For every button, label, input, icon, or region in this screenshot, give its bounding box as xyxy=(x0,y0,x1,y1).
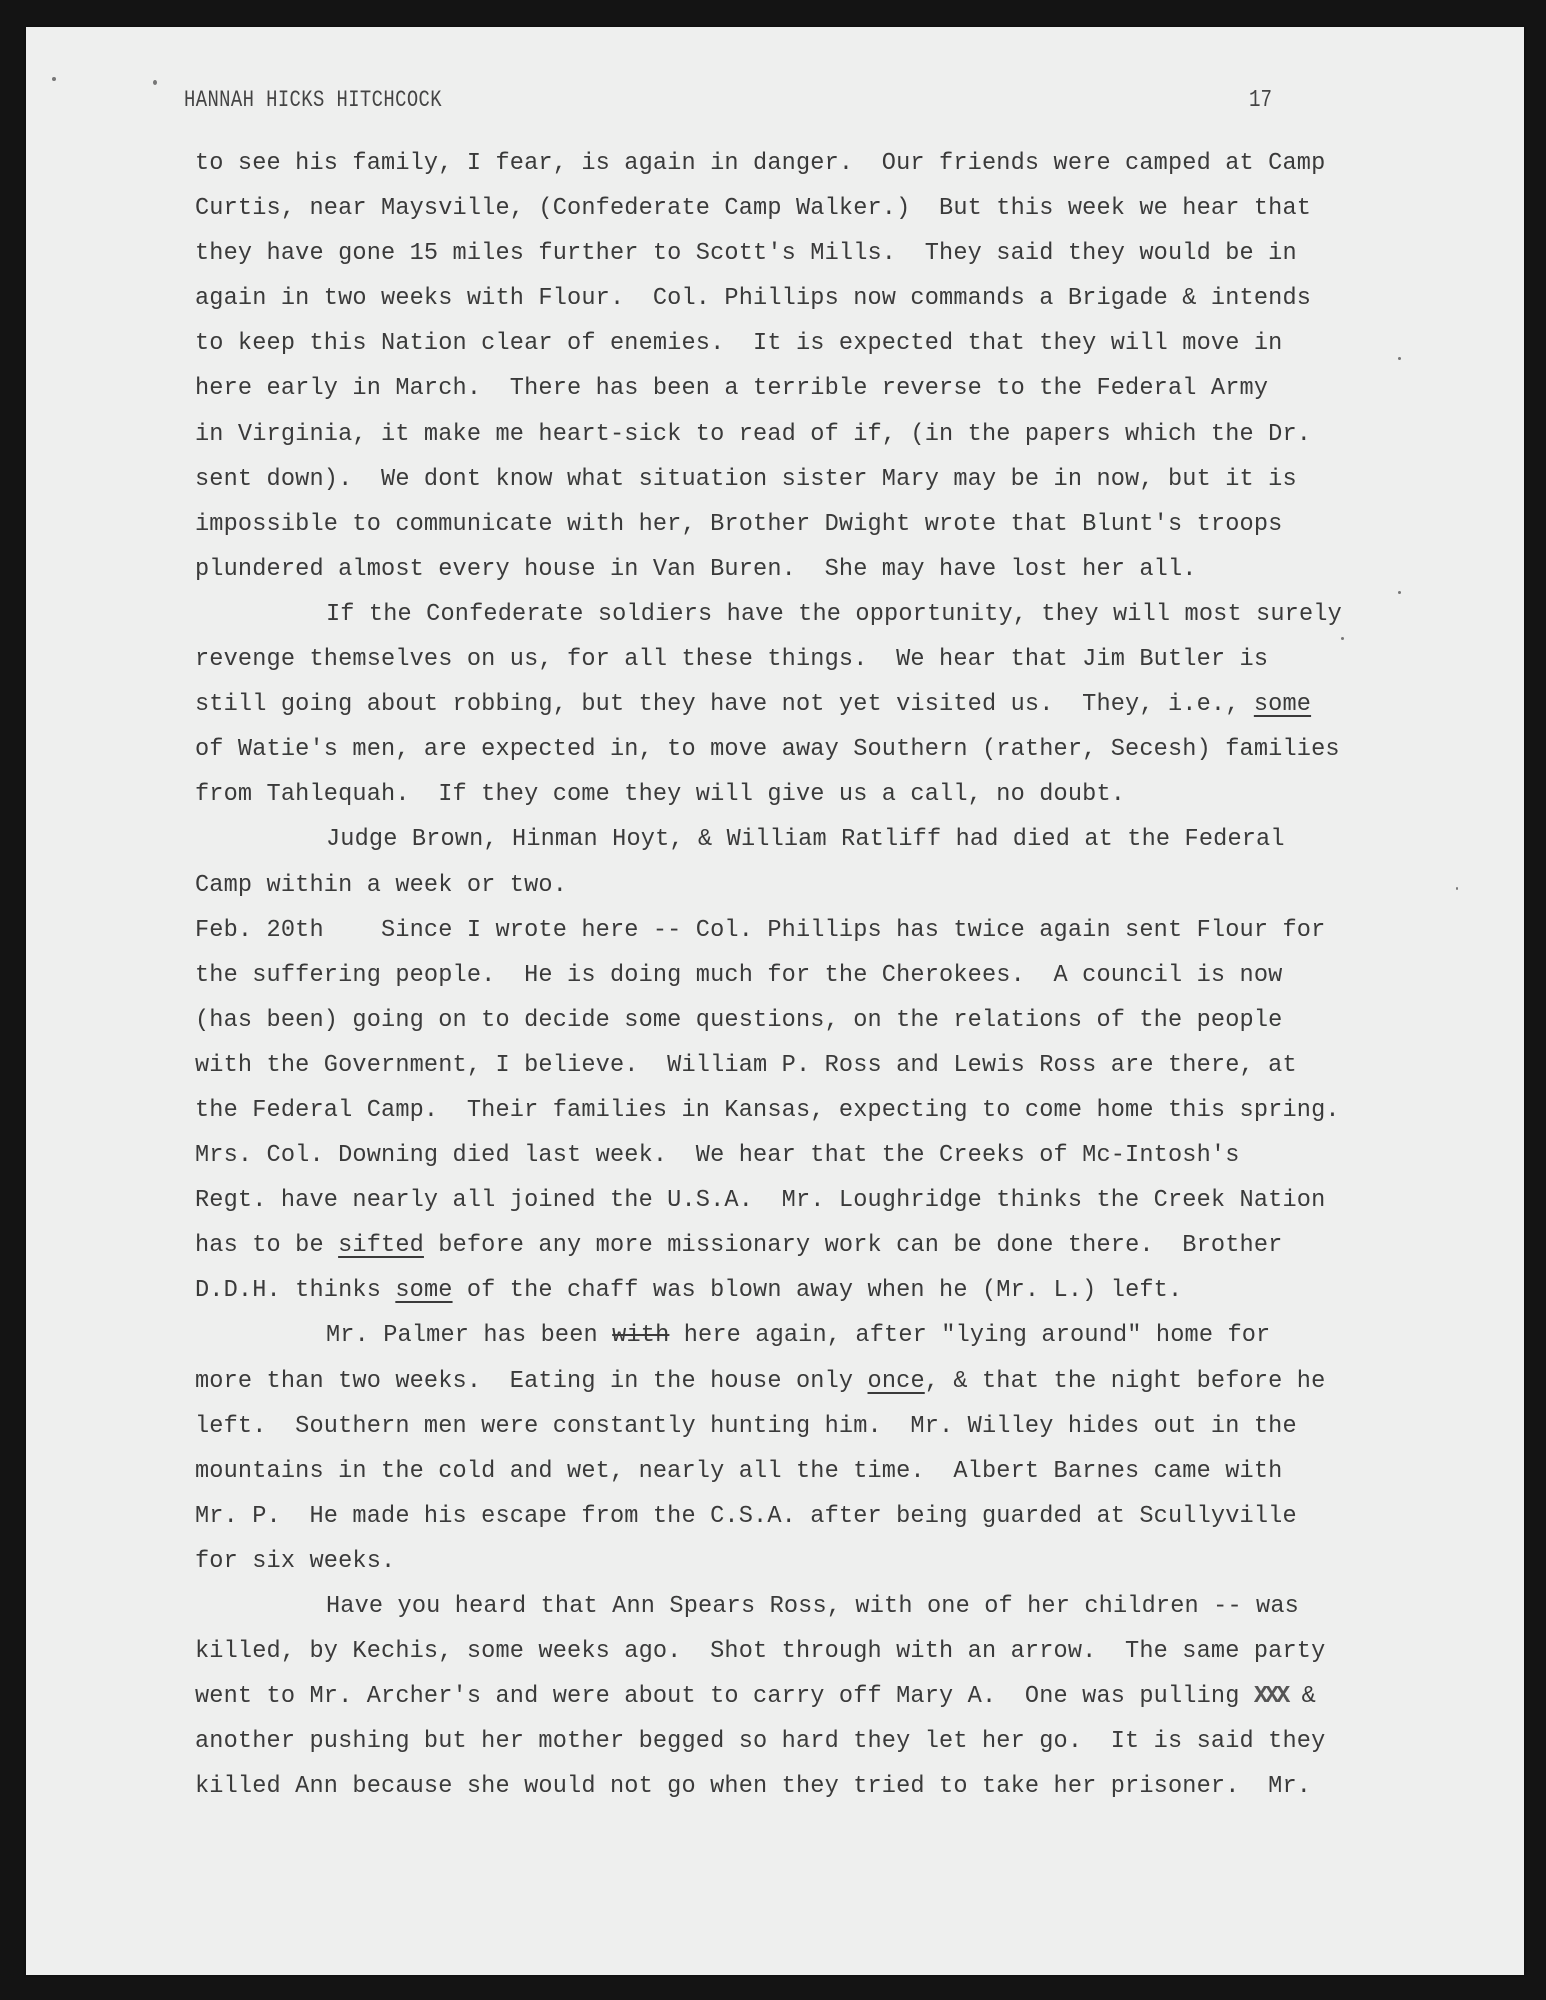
text-run: before any more missionary work can be d… xyxy=(424,1232,1283,1259)
page-number: 17 xyxy=(1249,87,1272,114)
text-run: revenge themselves on us, for all these … xyxy=(195,646,1268,673)
text-run: Mr. Palmer has been xyxy=(326,1322,612,1349)
text-line: mountains in the cold and wet, nearly al… xyxy=(195,1449,1342,1494)
xed-out-word: XXX xyxy=(1254,1683,1287,1710)
text-line: left. Southern men were constantly hunti… xyxy=(195,1404,1342,1449)
text-run: went to Mr. Archer's and were about to c… xyxy=(195,1683,1254,1710)
text-line: the Federal Camp. Their families in Kans… xyxy=(195,1088,1342,1133)
text-line: impossible to communicate with her, Brot… xyxy=(195,502,1342,547)
speck-mark xyxy=(1456,887,1458,890)
text-run: impossible to communicate with her, Brot… xyxy=(195,511,1282,538)
text-run: another pushing but her mother begged so… xyxy=(195,1728,1325,1755)
text-line: for six weeks. xyxy=(195,1539,1342,1584)
text-run: of the chaff was blown away when he (Mr.… xyxy=(453,1277,1183,1304)
text-run: here early in March. There has been a te… xyxy=(195,375,1268,402)
text-line: here early in March. There has been a te… xyxy=(195,366,1342,411)
text-line: from Tahlequah. If they come they will g… xyxy=(195,772,1342,817)
text-line: they have gone 15 miles further to Scott… xyxy=(195,231,1342,276)
text-run: killed Ann because she would not go when… xyxy=(195,1773,1311,1800)
text-line: to see his family, I fear, is again in d… xyxy=(195,141,1342,186)
typewritten-page: HANNAH HICKS HITCHCOCK 17 to see his fam… xyxy=(26,27,1524,1975)
text-run: the Federal Camp. Their families in Kans… xyxy=(195,1097,1340,1124)
text-line: Curtis, near Maysville, (Confederate Cam… xyxy=(195,186,1342,231)
text-run: for six weeks. xyxy=(195,1548,395,1575)
speck-mark xyxy=(1341,637,1344,640)
speck-mark xyxy=(153,80,157,85)
text-line: D.D.H. thinks some of the chaff was blow… xyxy=(195,1268,1342,1313)
speck-mark xyxy=(1398,357,1401,360)
text-run: still going about robbing, but they have… xyxy=(195,691,1254,718)
text-run: to see his family, I fear, is again in d… xyxy=(195,150,1325,177)
text-run: Judge Brown, Hinman Hoyt, & William Ratl… xyxy=(326,826,1285,853)
text-run: of Watie's men, are expected in, to move… xyxy=(195,736,1340,763)
text-line: (has been) going on to decide some quest… xyxy=(195,998,1342,1043)
text-run: mountains in the cold and wet, nearly al… xyxy=(195,1458,1282,1485)
text-line: killed, by Kechis, some weeks ago. Shot … xyxy=(195,1629,1342,1674)
text-run: plundered almost every house in Van Bure… xyxy=(195,556,1197,583)
text-run: in Virginia, it make me heart-sick to re… xyxy=(195,421,1311,448)
text-run: with the Government, I believe. William … xyxy=(195,1052,1297,1079)
text-line: Mr. Palmer has been with here again, aft… xyxy=(195,1313,1342,1358)
text-line: revenge themselves on us, for all these … xyxy=(195,637,1342,682)
text-run: killed, by Kechis, some weeks ago. Shot … xyxy=(195,1638,1325,1665)
text-run: the suffering people. He is doing much f… xyxy=(195,962,1282,989)
text-run: Camp within a week or two. xyxy=(195,872,567,899)
text-line: sent down). We dont know what situation … xyxy=(195,457,1342,502)
text-run: Have you heard that Ann Spears Ross, wit… xyxy=(326,1593,1299,1620)
text-run: (has been) going on to decide some quest… xyxy=(195,1007,1282,1034)
text-line: Feb. 20th Since I wrote here -- Col. Phi… xyxy=(195,908,1342,953)
text-line: Mrs. Col. Downing died last week. We hea… xyxy=(195,1133,1342,1178)
text-run: D.D.H. thinks xyxy=(195,1277,395,1304)
page-header-title: HANNAH HICKS HITCHCOCK xyxy=(184,87,442,113)
body-text: to see his family, I fear, is again in d… xyxy=(195,141,1342,1809)
text-run: , & that the night before he xyxy=(925,1368,1326,1395)
text-run: Curtis, near Maysville, (Confederate Cam… xyxy=(195,195,1311,222)
text-run: left. Southern men were constantly hunti… xyxy=(195,1413,1297,1440)
text-run: Feb. 20th Since I wrote here -- Col. Phi… xyxy=(195,917,1325,944)
text-line: has to be sifted before any more mission… xyxy=(195,1223,1342,1268)
text-run: Regt. have nearly all joined the U.S.A. … xyxy=(195,1187,1325,1214)
text-line: more than two weeks. Eating in the house… xyxy=(195,1359,1342,1404)
text-run: here again, after "lying around" home fo… xyxy=(669,1322,1270,1349)
text-run: has to be xyxy=(195,1232,338,1259)
text-line: Regt. have nearly all joined the U.S.A. … xyxy=(195,1178,1342,1223)
underlined-word: some xyxy=(395,1277,452,1304)
underlined-word: some xyxy=(1254,691,1311,718)
text-line: the suffering people. He is doing much f… xyxy=(195,953,1342,998)
speck-mark xyxy=(52,77,56,81)
text-line: Have you heard that Ann Spears Ross, wit… xyxy=(195,1584,1342,1629)
text-run: from Tahlequah. If they come they will g… xyxy=(195,781,1125,808)
text-line: Judge Brown, Hinman Hoyt, & William Ratl… xyxy=(195,817,1342,862)
text-run: Mrs. Col. Downing died last week. We hea… xyxy=(195,1142,1240,1169)
text-line: with the Government, I believe. William … xyxy=(195,1043,1342,1088)
text-line: Camp within a week or two. xyxy=(195,863,1342,908)
text-run: again in two weeks with Flour. Col. Phil… xyxy=(195,285,1311,312)
text-line: of Watie's men, are expected in, to move… xyxy=(195,727,1342,772)
text-line: again in two weeks with Flour. Col. Phil… xyxy=(195,276,1342,321)
text-line: killed Ann because she would not go when… xyxy=(195,1764,1342,1809)
text-run: Mr. P. He made his escape from the C.S.A… xyxy=(195,1503,1297,1530)
text-line: to keep this Nation clear of enemies. It… xyxy=(195,321,1342,366)
text-run: they have gone 15 miles further to Scott… xyxy=(195,240,1297,267)
underlined-word: once xyxy=(868,1368,925,1395)
text-line: went to Mr. Archer's and were about to c… xyxy=(195,1674,1342,1719)
text-line: Mr. P. He made his escape from the C.S.A… xyxy=(195,1494,1342,1539)
text-line: If the Confederate soldiers have the opp… xyxy=(195,592,1342,637)
text-line: plundered almost every house in Van Bure… xyxy=(195,547,1342,592)
text-run: to keep this Nation clear of enemies. It… xyxy=(195,330,1282,357)
text-line: another pushing but her mother begged so… xyxy=(195,1719,1342,1764)
underlined-word: sifted xyxy=(338,1232,424,1259)
struck-word: with xyxy=(612,1322,669,1349)
text-run: & xyxy=(1287,1683,1316,1710)
text-line: in Virginia, it make me heart-sick to re… xyxy=(195,412,1342,457)
text-run: If the Confederate soldiers have the opp… xyxy=(326,601,1342,628)
text-run: sent down). We dont know what situation … xyxy=(195,466,1297,493)
speck-mark xyxy=(1398,591,1401,594)
text-run: more than two weeks. Eating in the house… xyxy=(195,1368,868,1395)
text-line: still going about robbing, but they have… xyxy=(195,682,1342,727)
